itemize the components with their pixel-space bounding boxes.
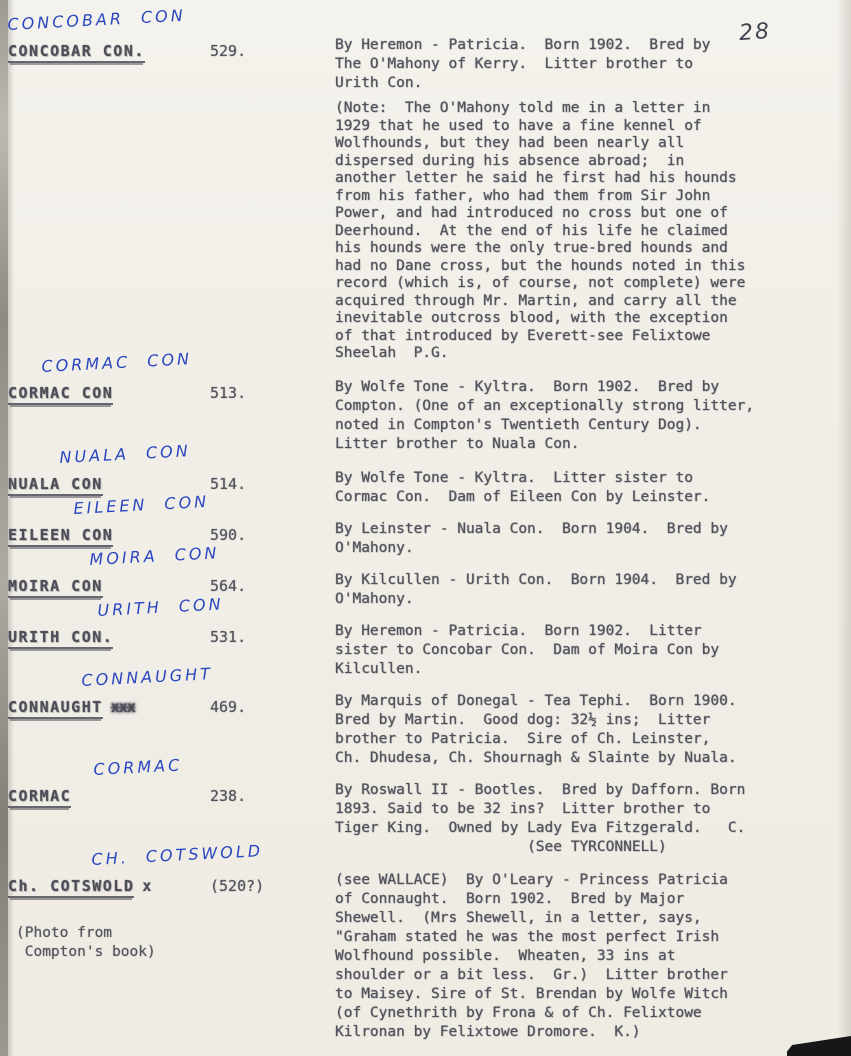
typed-name-cell: Ch. COTSWOLDx (Photo from Compton's book… — [0, 871, 200, 1042]
scanned-document-page: 28 CONCOBAR CON CONCOBAR CON. 529. By He… — [0, 0, 851, 1056]
entry-body: (see WALLACE) By O'Leary - Princess Patr… — [335, 871, 825, 1042]
entry-row: CORMAC CON 513. By Wolfe Tone - Kyltra. … — [0, 378, 825, 454]
pedigree-entry: CORMAC CORMAC 238. By Roswall II - Bootl… — [0, 781, 825, 857]
entry-number: 531. — [200, 628, 335, 679]
entry-number: (520?) — [200, 877, 335, 1042]
handwritten-name-annotation: CORMAC — [93, 755, 183, 779]
entry-row: Ch. COTSWOLDx (Photo from Compton's book… — [0, 871, 825, 1042]
entry-paragraph: By Marquis of Donegal - Tea Tephi. Born … — [335, 692, 819, 768]
entry-row: CONCOBAR CON. 529. By Heremon - Patricia… — [0, 36, 825, 363]
entry-number: 529. — [200, 42, 335, 363]
entry-row: CORMAC 238. By Roswall II - Bootles. Bre… — [0, 781, 825, 857]
entry-paragraph: By Heremon - Patricia. Born 1902. Bred b… — [335, 36, 819, 93]
entry-body: By Roswall II - Bootles. Bred by Dafforn… — [335, 781, 825, 857]
pedigree-entry: CONNAUGHT CONNAUGHTxxx 469. By Marquis o… — [0, 692, 825, 768]
entry-paragraph: By Kilcullen - Urith Con. Born 1904. Bre… — [335, 571, 819, 609]
typed-dog-name: CORMAC CON — [8, 384, 113, 405]
entry-paragraph: (see WALLACE) By O'Leary - Princess Patr… — [335, 871, 819, 1042]
pedigree-entry: CONCOBAR CON CONCOBAR CON. 529. By Herem… — [0, 36, 825, 363]
entry-body: By Heremon - Patricia. Born 1902. Litter… — [335, 622, 825, 679]
entry-paragraph: (Note: The O'Mahony told me in a letter … — [335, 100, 819, 363]
typed-dog-name: MOIRA CON — [8, 577, 103, 598]
entry-row: CONNAUGHTxxx 469. By Marquis of Donegal … — [0, 692, 825, 768]
entry-body: By Marquis of Donegal - Tea Tephi. Born … — [335, 692, 825, 768]
entry-paragraph: By Wolfe Tone - Kyltra. Litter sister to… — [335, 469, 819, 507]
typed-dog-name: Ch. COTSWOLD — [8, 877, 134, 898]
typed-name-suffix: xxx — [111, 698, 135, 716]
entries-list: CONCOBAR CON CONCOBAR CON. 529. By Herem… — [0, 0, 851, 1042]
typed-name-cell: CONCOBAR CON. — [0, 36, 200, 363]
entry-number: 469. — [200, 698, 335, 768]
typed-dog-name: EILEEN CON — [8, 526, 113, 547]
entry-body: By Heremon - Patricia. Born 1902. Bred b… — [335, 36, 825, 363]
entry-paragraph: By Heremon - Patricia. Born 1902. Litter… — [335, 622, 819, 679]
typed-dog-name: CORMAC — [8, 787, 71, 808]
handwritten-name-annotation: CONCOBAR CON — [7, 6, 186, 34]
entry-paragraph: By Wolfe Tone - Kyltra. Born 1902. Bred … — [335, 378, 819, 454]
entry-body: By Kilcullen - Urith Con. Born 1904. Bre… — [335, 571, 825, 609]
entry-number: 590. — [200, 526, 335, 558]
pedigree-entry: CORMAC CON CORMAC CON 513. By Wolfe Tone… — [0, 378, 825, 454]
typed-name-suffix: x — [142, 877, 151, 895]
margin-note: (Photo from Compton's book) — [8, 924, 200, 962]
entry-number: 514. — [200, 475, 335, 507]
entry-number: 513. — [200, 384, 335, 454]
typed-dog-name: URITH CON. — [8, 628, 113, 649]
typed-dog-name: NUALA CON — [8, 475, 103, 496]
typed-dog-name: CONCOBAR CON. — [8, 42, 145, 63]
typed-dog-name: CONNAUGHT — [8, 698, 103, 719]
entry-paragraph: By Roswall II - Bootles. Bred by Dafforn… — [335, 781, 819, 857]
entry-body: By Wolfe Tone - Kyltra. Litter sister to… — [335, 469, 825, 507]
entry-paragraph: By Leinster - Nuala Con. Born 1904. Bred… — [335, 520, 819, 558]
entry-body: By Wolfe Tone - Kyltra. Born 1902. Bred … — [335, 378, 825, 454]
entry-body: By Leinster - Nuala Con. Born 1904. Bred… — [335, 520, 825, 558]
pedigree-entry: CH. COTSWOLD Ch. COTSWOLDx (Photo from C… — [0, 871, 825, 1042]
